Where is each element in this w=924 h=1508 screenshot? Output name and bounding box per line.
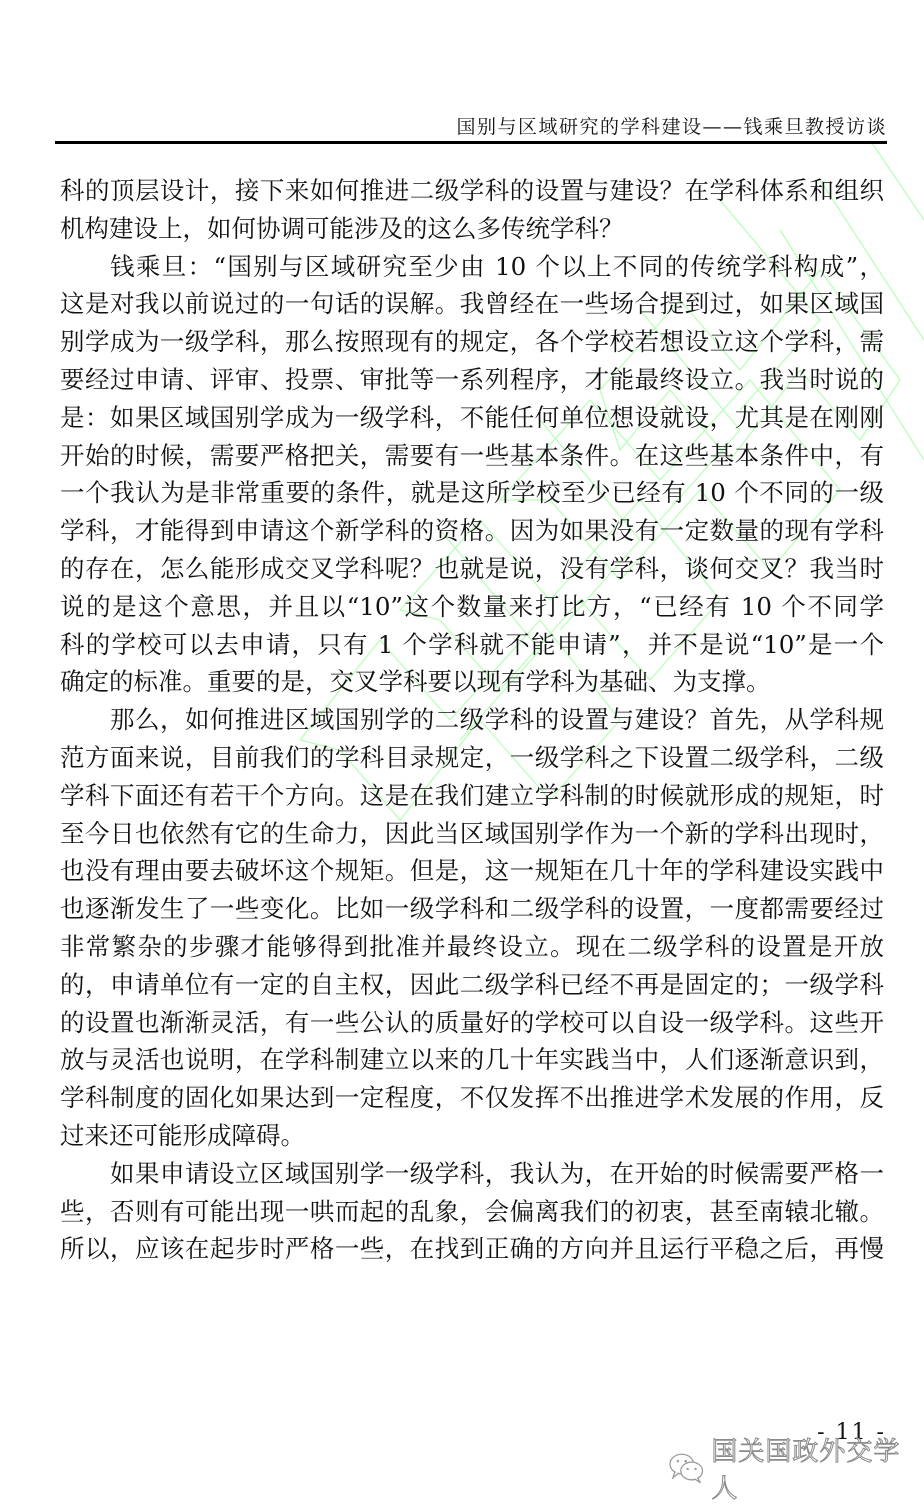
text-line: 科的学校可以去申请，只有 1 个学科就不能申请”，并不是说“10”是一个	[60, 626, 884, 664]
line-text: 所以，应该在起步时严格一些，在找到正确的方向并且运行平稳之后，再慢	[60, 1234, 884, 1263]
text-line: 范方面来说，目前我们的学科目录规定，一级学科之下设置二级学科，二级	[60, 739, 884, 777]
text-line: 学科，才能得到申请这个新学科的资格。因为如果没有一定数量的现有学科	[60, 512, 884, 550]
line-text: 开始的时候，需要严格把关，需要有一些基本条件。在这些基本条件中，有	[60, 441, 884, 470]
header-rule	[55, 141, 887, 144]
text-line: 那么，如何推进区域国别学的二级学科的设置与建设？首先，从学科规	[60, 701, 884, 739]
text-line: 学科制度的固化如果达到一定程度，不仅发挥不出推进学术发展的作用，反	[60, 1079, 884, 1117]
line-text: 学科制度的固化如果达到一定程度，不仅发挥不出推进学术发展的作用，反	[60, 1083, 884, 1112]
wechat-watermark: 国关国政外交学人	[668, 1448, 924, 1488]
text-line: 这是对我以前说过的一句话的误解。我曾经在一些场合提到过，如果区域国	[60, 285, 884, 323]
text-line: 钱乘旦：“国别与区域研究至少由 10 个以上不同的传统学科构成”，	[60, 248, 884, 286]
line-text: 学科下面还有若干个方向。这是在我们建立学科制的时候就形成的规矩，时	[60, 781, 884, 810]
line-text: 机构建设上，如何协调可能涉及的这么多传统学科？	[60, 214, 624, 243]
text-line: 些，否则有可能出现一哄而起的乱象，会偏离我们的初衷，甚至南辕北辙。	[60, 1193, 884, 1231]
text-line: 是：如果区域国别学成为一级学科，不能任何单位想设就设，尤其是在刚刚	[60, 399, 884, 437]
line-text: 也逐渐发生了一些变化。比如一级学科和二级学科的设置，一度都需要经过	[60, 894, 884, 923]
line-text: 放与灵活也说明，在学科制建立以来的几十年实践当中，人们逐渐意识到，	[60, 1045, 884, 1074]
text-line: 确定的标准。重要的是，交叉学科要以现有学科为基础、为支撑。	[60, 663, 884, 701]
line-text: 学科，才能得到申请这个新学科的资格。因为如果没有一定数量的现有学科	[60, 516, 884, 545]
line-text: 非常繁杂的步骤才能够得到批准并最终设立。现在二级学科的设置是开放	[60, 932, 884, 961]
line-text: 至今日也依然有它的生命力，因此当区域国别学作为一个新的学科出现时，	[60, 819, 884, 848]
text-line: 也逐渐发生了一些变化。比如一级学科和二级学科的设置，一度都需要经过	[60, 890, 884, 928]
line-text: 说的是这个意思，并且以“10”这个数量来打比方，“已经有 10 个不同学	[60, 592, 884, 621]
running-head: 国别与区域研究的学科建设——钱乘旦教授访谈	[55, 112, 887, 139]
text-line: 放与灵活也说明，在学科制建立以来的几十年实践当中，人们逐渐意识到，	[60, 1041, 884, 1079]
line-text: 的，申请单位有一定的自主权，因此二级学科已经不再是固定的；一级学科	[60, 970, 884, 999]
text-line: 开始的时候，需要严格把关，需要有一些基本条件。在这些基本条件中，有	[60, 437, 884, 475]
text-line: 一个我认为是非常重要的条件，就是这所学校至少已经有 10 个不同的一级	[60, 474, 884, 512]
line-text: 这是对我以前说过的一句话的误解。我曾经在一些场合提到过，如果区域国	[60, 289, 884, 318]
line-text: 那么，如何推进区域国别学的二级学科的设置与建设？首先，从学科规	[110, 705, 884, 734]
line-text: 一个我认为是非常重要的条件，就是这所学校至少已经有 10 个不同的一级	[60, 478, 884, 507]
text-line: 别学成为一级学科，那么按照现有的规定，各个学校若想设立这个学科，需	[60, 323, 884, 361]
text-line: 的，申请单位有一定的自主权，因此二级学科已经不再是固定的；一级学科	[60, 966, 884, 1004]
line-text: 是：如果区域国别学成为一级学科，不能任何单位想设就设，尤其是在刚刚	[60, 403, 884, 432]
line-text: 如果申请设立区域国别学一级学科，我认为，在开始的时候需要严格一	[110, 1159, 884, 1188]
text-line: 的存在，怎么能形成交叉学科呢？也就是说，没有学科，谈何交叉？我当时	[60, 550, 884, 588]
text-line: 至今日也依然有它的生命力，因此当区域国别学作为一个新的学科出现时，	[60, 815, 884, 853]
line-text: 的存在，怎么能形成交叉学科呢？也就是说，没有学科，谈何交叉？我当时	[60, 554, 884, 583]
text-line: 机构建设上，如何协调可能涉及的这么多传统学科？	[60, 210, 884, 248]
line-text: 科的学校可以去申请，只有 1 个学科就不能申请”，并不是说“10”是一个	[60, 630, 884, 659]
text-line: 科的顶层设计，接下来如何推进二级学科的设置与建设？在学科体系和组织	[60, 172, 884, 210]
line-text: 确定的标准。重要的是，交叉学科要以现有学科为基础、为支撑。	[60, 667, 771, 696]
article-body: 科的顶层设计，接下来如何推进二级学科的设置与建设？在学科体系和组织机构建设上，如…	[60, 172, 884, 1268]
line-text: 要经过申请、评审、投票、审批等一系列程序，才能最终设立。我当时说的	[60, 365, 884, 394]
text-line: 的设置也渐渐灵活，有一些公认的质量好的学校可以自设一级学科。这些开	[60, 1004, 884, 1042]
text-line: 说的是这个意思，并且以“10”这个数量来打比方，“已经有 10 个不同学	[60, 588, 884, 626]
line-text: 科的顶层设计，接下来如何推进二级学科的设置与建设？在学科体系和组织	[60, 176, 884, 205]
line-text: 的设置也渐渐灵活，有一些公认的质量好的学校可以自设一级学科。这些开	[60, 1008, 884, 1037]
text-line: 所以，应该在起步时严格一些，在找到正确的方向并且运行平稳之后，再慢	[60, 1230, 884, 1268]
text-line: 要经过申请、评审、投票、审批等一系列程序，才能最终设立。我当时说的	[60, 361, 884, 399]
text-line: 学科下面还有若干个方向。这是在我们建立学科制的时候就形成的规矩，时	[60, 777, 884, 815]
line-text: 过来还可能形成障碍。	[60, 1121, 305, 1150]
text-line: 非常繁杂的步骤才能够得到批准并最终设立。现在二级学科的设置是开放	[60, 928, 884, 966]
wechat-icon	[668, 1451, 705, 1485]
line-text: 也没有理由要去破坏这个规矩。但是，这一规矩在几十年的学科建设实践中	[60, 856, 884, 885]
line-text: 些，否则有可能出现一哄而起的乱象，会偏离我们的初衷，甚至南辕北辙。	[60, 1197, 884, 1226]
text-line: 也没有理由要去破坏这个规矩。但是，这一规矩在几十年的学科建设实践中	[60, 852, 884, 890]
wechat-account-name: 国关国政外交学人	[711, 1431, 924, 1505]
line-text: 别学成为一级学科，那么按照现有的规定，各个学校若想设立这个学科，需	[60, 327, 884, 356]
speaker-name: 钱乘旦：	[110, 252, 213, 281]
line-text: “国别与区域研究至少由 10 个以上不同的传统学科构成”，	[213, 252, 884, 281]
text-line: 过来还可能形成障碍。	[60, 1117, 884, 1155]
text-line: 如果申请设立区域国别学一级学科，我认为，在开始的时候需要严格一	[60, 1155, 884, 1193]
line-text: 范方面来说，目前我们的学科目录规定，一级学科之下设置二级学科，二级	[60, 743, 884, 772]
